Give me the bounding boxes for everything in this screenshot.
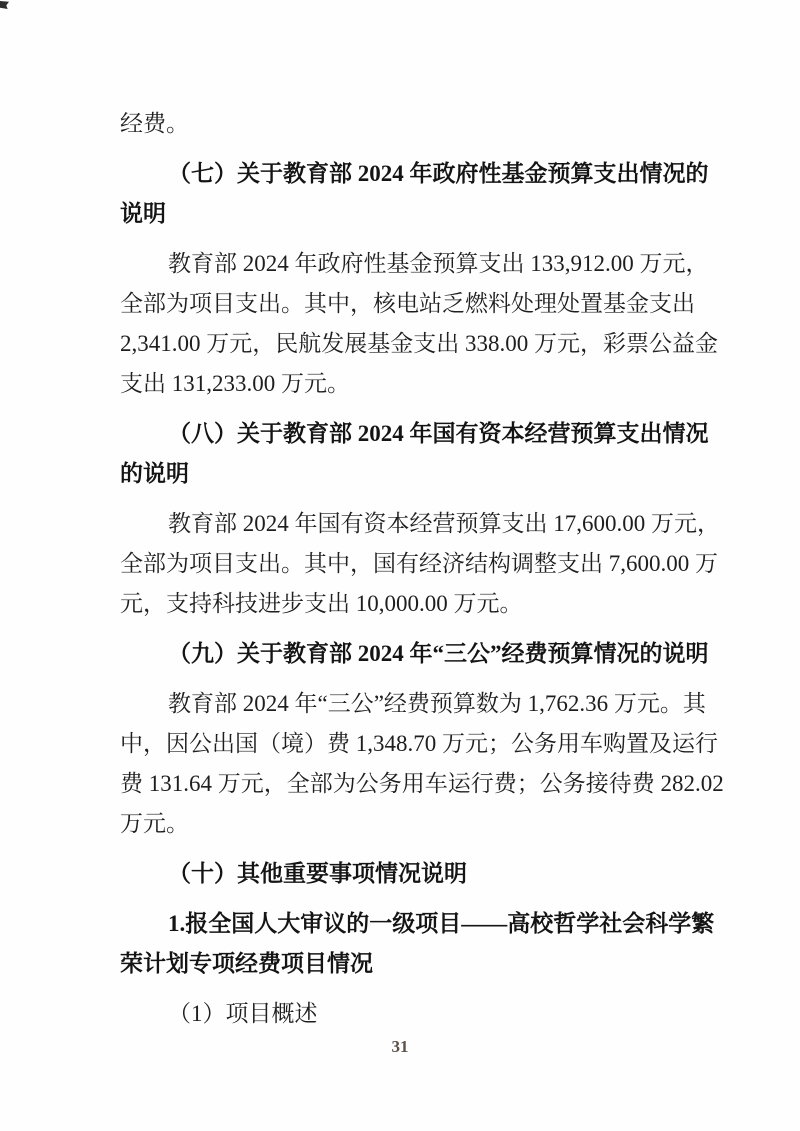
document-content: 经费。（七）关于教育部 2024 年政府性基金预算支出情况的说明教育部 2024… <box>120 104 682 1034</box>
heading-section-7: （七）关于教育部 2024 年政府性基金预算支出情况的说明 <box>120 154 682 234</box>
text-line: 教育部 2024 年政府性基金预算支出 133,912.00 万元， <box>120 244 682 284</box>
text-line: （八）关于教育部 2024 年国有资本经营预算支出情况 <box>120 414 682 454</box>
text-line: 费 131.64 万元，全部为公务用车运行费；公务接待费 282.02 <box>120 764 682 804</box>
text-line: 的说明 <box>120 454 682 494</box>
scan-artifact <box>0 1 9 9</box>
text-line: 全部为项目支出。其中，核电站乏燃料处理处置基金支出 <box>120 284 682 324</box>
text-line: （七）关于教育部 2024 年政府性基金预算支出情况的 <box>120 154 682 194</box>
heading-section-9: （九）关于教育部 2024 年“三公”经费预算情况的说明 <box>120 634 682 674</box>
text-line: 全部为项目支出。其中，国有经济结构调整支出 7,600.00 万 <box>120 544 682 584</box>
paragraph-section-7: 教育部 2024 年政府性基金预算支出 133,912.00 万元，全部为项目支… <box>120 244 682 404</box>
text-line: 教育部 2024 年国有资本经营预算支出 17,600.00 万元， <box>120 504 682 544</box>
text-line: （十）其他重要事项情况说明 <box>120 854 682 894</box>
text-line: 支出 131,233.00 万元。 <box>120 364 682 404</box>
page-number: 31 <box>0 1036 800 1058</box>
text-line: 经费。 <box>120 104 682 144</box>
paragraph-section-8: 教育部 2024 年国有资本经营预算支出 17,600.00 万元，全部为项目支… <box>120 504 682 624</box>
text-line: 1.报全国人大审议的一级项目——高校哲学社会科学繁 <box>120 904 682 944</box>
text-line: （九）关于教育部 2024 年“三公”经费预算情况的说明 <box>120 634 682 674</box>
text-line: 教育部 2024 年“三公”经费预算数为 1,762.36 万元。其 <box>120 684 682 724</box>
text-line: 中，因公出国（境）费 1,348.70 万元；公务用车购置及运行 <box>120 724 682 764</box>
heading-section-10: （十）其他重要事项情况说明 <box>120 854 682 894</box>
text-line: 荣计划专项经费项目情况 <box>120 944 682 984</box>
text-line: 说明 <box>120 194 682 234</box>
paragraph-item-1-overview: （1）项目概述 <box>120 994 682 1034</box>
paragraph-continuation: 经费。 <box>120 104 682 144</box>
text-line: （1）项目概述 <box>120 994 682 1034</box>
document-page: 经费。（七）关于教育部 2024 年政府性基金预算支出情况的说明教育部 2024… <box>0 0 800 1131</box>
text-line: 元，支持科技进步支出 10,000.00 万元。 <box>120 584 682 624</box>
text-line: 2,341.00 万元，民航发展基金支出 338.00 万元，彩票公益金 <box>120 324 682 364</box>
paragraph-section-9: 教育部 2024 年“三公”经费预算数为 1,762.36 万元。其中，因公出国… <box>120 684 682 844</box>
heading-section-8: （八）关于教育部 2024 年国有资本经营预算支出情况的说明 <box>120 414 682 494</box>
subheading-item-1: 1.报全国人大审议的一级项目——高校哲学社会科学繁荣计划专项经费项目情况 <box>120 904 682 984</box>
text-line: 万元。 <box>120 804 682 844</box>
